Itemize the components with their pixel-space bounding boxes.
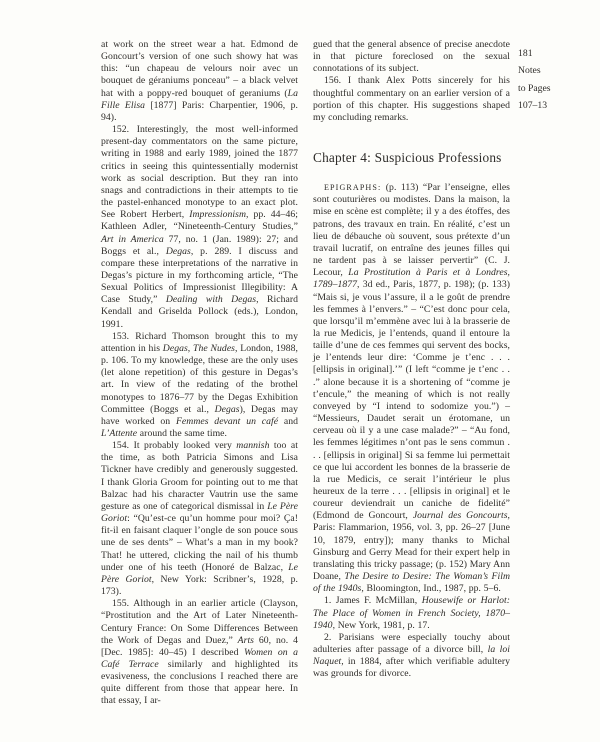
note-155: 155. Although in an earlier article (Cla… (101, 598, 298, 707)
note-151-continuation: at work on the street wear a hat. Edmond… (101, 39, 298, 124)
text-segment: , in 1884, after which verifiable adulte… (313, 656, 510, 679)
text-segment: Femmes devant un café (176, 416, 278, 427)
epigraphs-note: EPIGRAPHS: (p. 113) “Par l’enseigne, ell… (313, 182, 510, 595)
book-page: 181 Notes to Pages 107–13 at work on the… (0, 0, 600, 742)
note-153: 153. Richard Thomson brought this to my … (101, 331, 298, 440)
note-155-continuation: gued that the general absence of precise… (313, 39, 510, 75)
text-segment: Dealing with Degas (166, 294, 256, 305)
note-152: 152. Interestingly, the most well-inform… (101, 124, 298, 331)
running-head-line: Notes (518, 62, 551, 79)
running-head: 181 Notes to Pages 107–13 (518, 45, 551, 115)
text-segment: , Bloomington, Ind., 1987, pp. 5–6. (361, 583, 500, 594)
note-156: 156. I thank Alex Potts sincerely for hi… (313, 75, 510, 124)
text-segment: Degas, The Nudes (163, 343, 235, 354)
note-154: 154. It probably looked very mannish too… (101, 440, 298, 598)
text-segment: Journal des Goncourts (413, 510, 508, 521)
text-segment: , 3d ed., Paris, 1877, p. 198); (p. 133)… (313, 279, 510, 521)
text-segment: at work on the street wear a hat. Edmond… (101, 39, 298, 99)
text-segment: Arts (238, 635, 254, 646)
text-segment: : “Qu’est-ce qu’un homme pour moi? Ça! f… (101, 513, 298, 573)
text-segment: 2. Parisians were especially touchy abou… (313, 632, 510, 655)
running-head-line: 107–13 (518, 97, 551, 114)
text-segment: , New York, 1981, p. 17. (333, 620, 430, 631)
chapter-heading: Chapter 4: Suspicious Professions (313, 150, 510, 166)
note-1: 1. James F. McMillan, Housewife or Harlo… (313, 595, 510, 631)
text-segment: mannish (236, 440, 269, 451)
text-segment: L’Attente (101, 428, 137, 439)
note-2: 2. Parisians were especially touchy abou… (313, 632, 510, 681)
text-segment: Degas (215, 404, 240, 415)
text-segment: EPIGRAPHS: (324, 183, 381, 192)
text-segment: 156. I thank Alex Potts sincerely for hi… (313, 75, 510, 122)
text-segment: (p. 113) “Par l’enseigne, elles sont cou… (313, 182, 510, 278)
text-segment: 152. Interestingly, the most well-inform… (101, 124, 298, 220)
text-segment: Impressionism (189, 209, 246, 220)
text-segment: and (278, 416, 298, 427)
right-column: gued that the general absence of precise… (313, 39, 510, 681)
running-head-line: to Pages (518, 80, 551, 97)
text-segment: gued that the general absence of precise… (313, 39, 510, 74)
text-segment: 1. James F. McMillan, (324, 595, 422, 606)
text-segment: around the same time. (137, 428, 227, 439)
left-column: at work on the street wear a hat. Edmond… (101, 39, 298, 708)
text-segment: Art in America (101, 234, 164, 245)
page-number: 181 (518, 45, 551, 62)
text-segment: 154. It probably looked very (112, 440, 236, 451)
text-segment: Degas (166, 246, 191, 257)
